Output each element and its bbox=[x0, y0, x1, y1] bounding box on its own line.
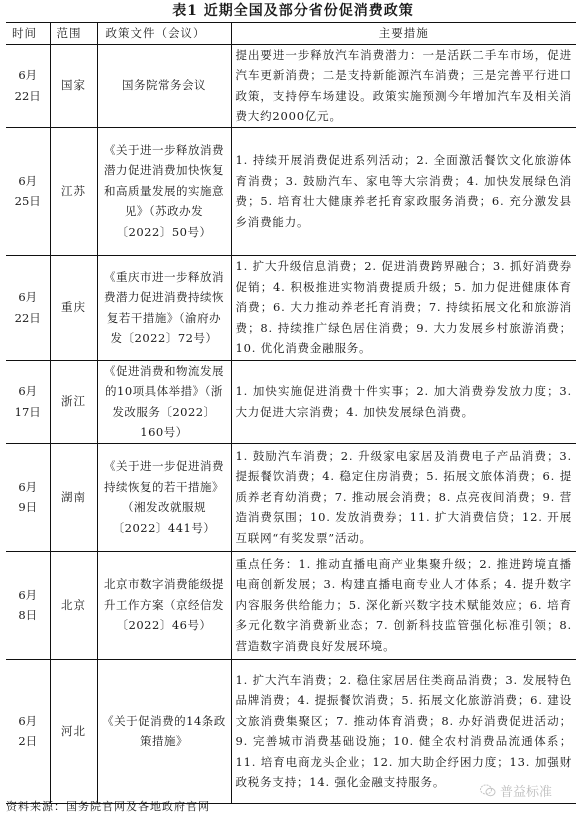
watermark: 普益标准 bbox=[480, 781, 552, 800]
time-month: 6月 bbox=[18, 68, 37, 82]
time-cell: 6月2日 bbox=[6, 659, 50, 803]
measures-cell: 1. 扩大升级信息消费；2. 促进消费跨界融合；3. 抓好消费券促销；4. 积极… bbox=[231, 255, 576, 360]
scope-cell: 湖南 bbox=[50, 443, 97, 551]
time-day: 9日 bbox=[18, 500, 37, 514]
document-cell: 《关于进一步释放消费潜力促进消费加快恢复和高质量发展的实施意见》（苏政办发〔20… bbox=[97, 127, 231, 255]
time-month: 6月 bbox=[18, 714, 37, 728]
table-header-row: 时间 范围 政策文件（会议） 主要措施 bbox=[6, 23, 576, 45]
scope-cell: 江苏 bbox=[50, 127, 97, 255]
time-month: 6月 bbox=[18, 174, 37, 188]
time-day: 2日 bbox=[18, 734, 37, 748]
scope-cell: 河北 bbox=[50, 659, 97, 803]
time-day: 8日 bbox=[18, 608, 37, 622]
measures-cell: 重点任务：1. 推动直播电商产业集聚升级；2. 推进跨境直播电商创新发展；3. … bbox=[231, 551, 576, 659]
document-cell: 《关于进一步促进消费持续恢复的若干措施》（湘发改就服规〔2022〕441号） bbox=[97, 443, 231, 551]
time-month: 6月 bbox=[18, 290, 37, 304]
time-cell: 6月8日 bbox=[6, 551, 50, 659]
document-cell: 《关于促消费的14条政策措施》 bbox=[97, 659, 231, 803]
time-month: 6月 bbox=[18, 588, 37, 602]
table-row: 6月17日 浙江 《促进消费和物流发展的10项具体举措》（浙发改服务〔2022〕… bbox=[6, 360, 576, 443]
table-row: 6月22日 国家 国务院常务会议 提出要进一步释放汽车消费潜力：一是活跃二手车市… bbox=[6, 44, 576, 127]
time-cell: 6月25日 bbox=[6, 127, 50, 255]
document-cell: 国务院常务会议 bbox=[97, 44, 231, 127]
header-measures: 主要措施 bbox=[231, 23, 576, 45]
time-cell: 6月22日 bbox=[6, 44, 50, 127]
source-note: 资料来源：国务院官网及各地政府官网 bbox=[6, 799, 210, 815]
time-cell: 6月17日 bbox=[6, 360, 50, 443]
table-row: 6月9日 湖南 《关于进一步促进消费持续恢复的若干措施》（湘发改就服规〔2022… bbox=[6, 443, 576, 551]
document-cell: 《促进消费和物流发展的10项具体举措》（浙发改服务〔2022〕160号） bbox=[97, 360, 231, 443]
scope-cell: 北京 bbox=[50, 551, 97, 659]
table-row: 6月25日 江苏 《关于进一步释放消费潜力促进消费加快恢复和高质量发展的实施意见… bbox=[6, 127, 576, 255]
measures-cell: 1. 持续开展消费促进系列活动；2. 全面激活餐饮文化旅游体育消费；3. 鼓励汽… bbox=[231, 127, 576, 255]
header-document: 政策文件（会议） bbox=[97, 23, 231, 45]
watermark-text: 普益标准 bbox=[500, 781, 552, 800]
document-cell: 北京市数字消费能级提升工作方案（京经信发〔2022〕46号） bbox=[97, 551, 231, 659]
time-cell: 6月22日 bbox=[6, 255, 50, 360]
table-row: 6月8日 北京 北京市数字消费能级提升工作方案（京经信发〔2022〕46号） 重… bbox=[6, 551, 576, 659]
table-title: 表1 近期全国及部分省份促消费政策 bbox=[0, 2, 586, 20]
document-cell: 《重庆市进一步释放消费潜力促进消费持续恢复若干措施》（渝府办发〔2022〕72号… bbox=[97, 255, 231, 360]
measures-cell: 提出要进一步释放汽车消费潜力：一是活跃二手车市场，促进汽车更新消费；二是支持新能… bbox=[231, 44, 576, 127]
wechat-icon bbox=[480, 784, 496, 797]
policy-table: 时间 范围 政策文件（会议） 主要措施 6月22日 国家 国务院常务会议 提出要… bbox=[6, 22, 576, 804]
measures-cell: 1. 加快实施促进消费十件实事；2. 加大消费券发放力度；3. 大力促进大宗消费… bbox=[231, 360, 576, 443]
time-month: 6月 bbox=[18, 480, 37, 494]
header-scope: 范围 bbox=[50, 23, 97, 45]
scope-cell: 重庆 bbox=[50, 255, 97, 360]
time-day: 22日 bbox=[15, 89, 41, 103]
time-day: 22日 bbox=[15, 311, 41, 325]
table-row: 6月22日 重庆 《重庆市进一步释放消费潜力促进消费持续恢复若干措施》（渝府办发… bbox=[6, 255, 576, 360]
scope-cell: 国家 bbox=[50, 44, 97, 127]
time-month: 6月 bbox=[18, 384, 37, 398]
time-day: 17日 bbox=[15, 405, 41, 419]
time-day: 25日 bbox=[15, 194, 41, 208]
scope-cell: 浙江 bbox=[50, 360, 97, 443]
header-time: 时间 bbox=[6, 23, 50, 45]
measures-cell: 1. 鼓励汽车消费；2. 升级家电家居及消费电子产品消费；3. 提振餐饮消费；4… bbox=[231, 443, 576, 551]
time-cell: 6月9日 bbox=[6, 443, 50, 551]
